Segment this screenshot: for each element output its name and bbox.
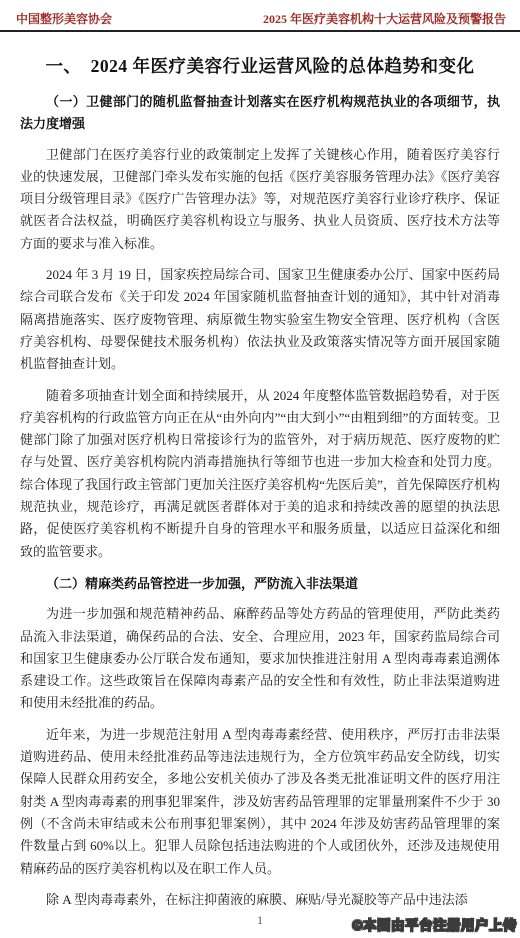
section-1-paragraph-2: 2024 年 3 月 19 日，国家疾控局综合司、国家卫生健康委办公厅、国家中医…	[20, 264, 500, 375]
section-1-paragraph-3: 随着多项抽查计划全面和持续展开，从 2024 年度整体监管数据趋势看，对于医疗美…	[20, 385, 500, 563]
header-org-name: 中国整形美容协会	[16, 10, 112, 27]
section-2-paragraph-2: 近年来，为进一步规范注射用 A 型肉毒毒素经营、使用秩序，严厉打击非法渠道购进药…	[20, 724, 500, 880]
section-1-heading: （一）卫健部门的随机监督抽查计划落实在医疗机构规范执业的各项细节，执法力度增强	[20, 91, 500, 136]
section-1: （一）卫健部门的随机监督抽查计划落实在医疗机构规范执业的各项细节，执法力度增强 …	[20, 91, 500, 563]
section-2-paragraph-1: 为进一步加强和规范精神药品、麻醉药品等处方药品的管理使用，严防此类药品流入非法渠…	[20, 603, 500, 714]
chapter-title: 一、 2024 年医疗美容行业运营风险的总体趋势和变化	[20, 53, 500, 78]
section-2: （二）精麻类药品管控进一步加强，严防流入非法渠道 为进一步加强和规范精神药品、麻…	[20, 573, 500, 911]
document-page: 中国整形美容协会 2025 年医疗美容机构十大运营风险及预警报告 一、 2024…	[0, 0, 520, 938]
upload-watermark: ©本图由平台注册用户上传	[353, 914, 517, 934]
section-2-paragraph-3: 除 A 型肉毒毒素外，在标注抑菌液的麻膜、麻贴/导光凝胶等产品中违法添	[20, 889, 500, 911]
page-header: 中国整形美容协会 2025 年医疗美容机构十大运营风险及预警报告	[0, 0, 520, 32]
section-2-heading: （二）精麻类药品管控进一步加强，严防流入非法渠道	[20, 573, 500, 595]
header-report-title: 2025 年医疗美容机构十大运营风险及预警报告	[263, 10, 506, 27]
section-1-paragraph-1: 卫健部门在医疗美容行业的政策制定上发挥了关键核心作用，随着医疗美容行业的快速发展…	[20, 144, 500, 255]
document-body: 一、 2024 年医疗美容行业运营风险的总体趋势和变化 （一）卫健部门的随机监督…	[0, 53, 520, 911]
